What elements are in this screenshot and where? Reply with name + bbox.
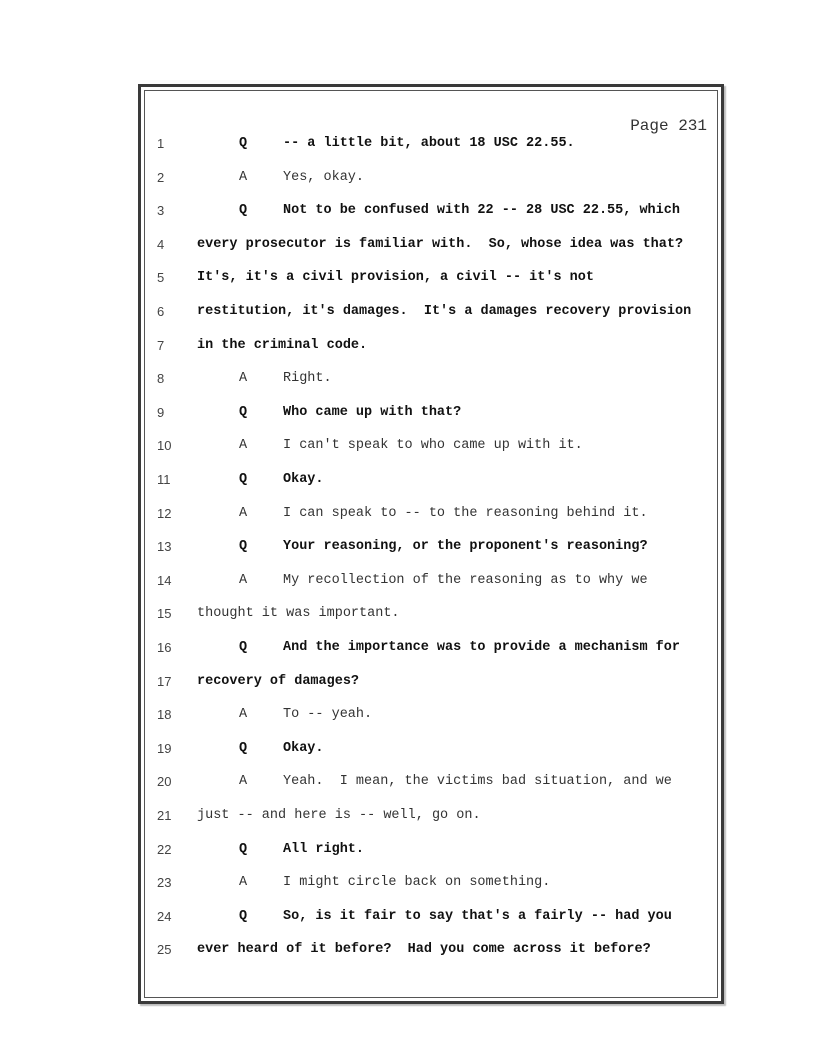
line-text: ever heard of it before? Had you come ac… (197, 942, 651, 957)
line-number: 4 (157, 237, 164, 252)
transcript-line: 17recovery of damages? (145, 674, 717, 707)
line-number: 12 (157, 506, 171, 521)
speaker-label: A (239, 506, 247, 521)
transcript-line: 24QSo, is it fair to say that's a fairly… (145, 909, 717, 942)
transcript-line: 25ever heard of it before? Had you come … (145, 942, 717, 975)
line-text: just -- and here is -- well, go on. (197, 808, 481, 823)
line-text: So, is it fair to say that's a fairly --… (283, 909, 672, 924)
transcript-line: 12AI can speak to -- to the reasoning be… (145, 506, 717, 539)
transcript-line: 16QAnd the importance was to provide a m… (145, 640, 717, 673)
page-number: Page 231 (630, 117, 707, 135)
line-text: I can't speak to who came up with it. (283, 438, 583, 453)
line-text: Okay. (283, 472, 324, 487)
transcript-line: 3QNot to be confused with 22 -- 28 USC 2… (145, 203, 717, 236)
line-number: 8 (157, 371, 164, 386)
transcript-line: 13QYour reasoning, or the proponent's re… (145, 539, 717, 572)
transcript-line: 21just -- and here is -- well, go on. (145, 808, 717, 841)
line-number: 21 (157, 808, 171, 823)
speaker-label: A (239, 371, 247, 386)
line-text: I might circle back on something. (283, 875, 550, 890)
line-text: Right. (283, 371, 332, 386)
line-text: I can speak to -- to the reasoning behin… (283, 506, 648, 521)
speaker-label: Q (239, 136, 247, 151)
speaker-label: A (239, 875, 247, 890)
transcript-line: 8ARight. (145, 371, 717, 404)
line-number: 13 (157, 539, 171, 554)
transcript-line: 6restitution, it's damages. It's a damag… (145, 304, 717, 337)
transcript-page: Page 231 1Q-- a little bit, about 18 USC… (144, 90, 718, 998)
line-number: 25 (157, 942, 171, 957)
line-text: And the importance was to provide a mech… (283, 640, 680, 655)
line-text: It's, it's a civil provision, a civil --… (197, 270, 594, 285)
line-text: -- a little bit, about 18 USC 22.55. (283, 136, 575, 151)
transcript-line: 11QOkay. (145, 472, 717, 505)
speaker-label: Q (239, 405, 247, 420)
line-text: thought it was important. (197, 606, 400, 621)
transcript-line: 5It's, it's a civil provision, a civil -… (145, 270, 717, 303)
speaker-label: A (239, 438, 247, 453)
speaker-label: A (239, 170, 247, 185)
line-number: 19 (157, 741, 171, 756)
line-number: 20 (157, 774, 171, 789)
line-number: 14 (157, 573, 171, 588)
line-number: 3 (157, 203, 164, 218)
line-text: Your reasoning, or the proponent's reaso… (283, 539, 648, 554)
line-text: To -- yeah. (283, 707, 372, 722)
line-number: 17 (157, 674, 171, 689)
line-text: restitution, it's damages. It's a damage… (197, 304, 691, 319)
transcript-line: 14AMy recollection of the reasoning as t… (145, 573, 717, 606)
transcript-line: 1Q-- a little bit, about 18 USC 22.55. (145, 136, 717, 169)
speaker-label: Q (239, 472, 247, 487)
transcript-line: 10AI can't speak to who came up with it. (145, 438, 717, 471)
line-text: Who came up with that? (283, 405, 461, 420)
line-number: 18 (157, 707, 171, 722)
line-number: 23 (157, 875, 171, 890)
speaker-label: Q (239, 842, 247, 857)
transcript-line: 22QAll right. (145, 842, 717, 875)
line-text: Not to be confused with 22 -- 28 USC 22.… (283, 203, 680, 218)
line-number: 6 (157, 304, 164, 319)
speaker-label: A (239, 707, 247, 722)
transcript-line: 18ATo -- yeah. (145, 707, 717, 740)
line-text: every prosecutor is familiar with. So, w… (197, 237, 683, 252)
line-number: 7 (157, 338, 164, 353)
transcript-line: 19QOkay. (145, 741, 717, 774)
speaker-label: Q (239, 539, 247, 554)
line-number: 5 (157, 270, 164, 285)
line-number: 11 (157, 472, 171, 487)
line-text: Okay. (283, 741, 324, 756)
transcript-line: 9QWho came up with that? (145, 405, 717, 438)
line-text: My recollection of the reasoning as to w… (283, 573, 648, 588)
speaker-label: Q (239, 203, 247, 218)
speaker-label: A (239, 573, 247, 588)
line-text: All right. (283, 842, 364, 857)
line-number: 10 (157, 438, 171, 453)
line-number: 16 (157, 640, 171, 655)
line-number: 22 (157, 842, 171, 857)
transcript-line: 23AI might circle back on something. (145, 875, 717, 908)
line-number: 24 (157, 909, 171, 924)
line-text: Yeah. I mean, the victims bad situation,… (283, 774, 672, 789)
line-text: Yes, okay. (283, 170, 364, 185)
line-number: 15 (157, 606, 171, 621)
speaker-label: Q (239, 741, 247, 756)
transcript-line: 20AYeah. I mean, the victims bad situati… (145, 774, 717, 807)
transcript-line: 2AYes, okay. (145, 170, 717, 203)
speaker-label: Q (239, 640, 247, 655)
line-text: recovery of damages? (197, 674, 359, 689)
transcript-line: 7in the criminal code. (145, 338, 717, 371)
transcript-page-frame: Page 231 1Q-- a little bit, about 18 USC… (138, 84, 724, 1004)
speaker-label: A (239, 774, 247, 789)
line-number: 9 (157, 405, 164, 420)
line-text: in the criminal code. (197, 338, 367, 353)
line-number: 2 (157, 170, 164, 185)
speaker-label: Q (239, 909, 247, 924)
transcript-line: 4every prosecutor is familiar with. So, … (145, 237, 717, 270)
transcript-line: 15thought it was important. (145, 606, 717, 639)
line-number: 1 (157, 136, 164, 151)
